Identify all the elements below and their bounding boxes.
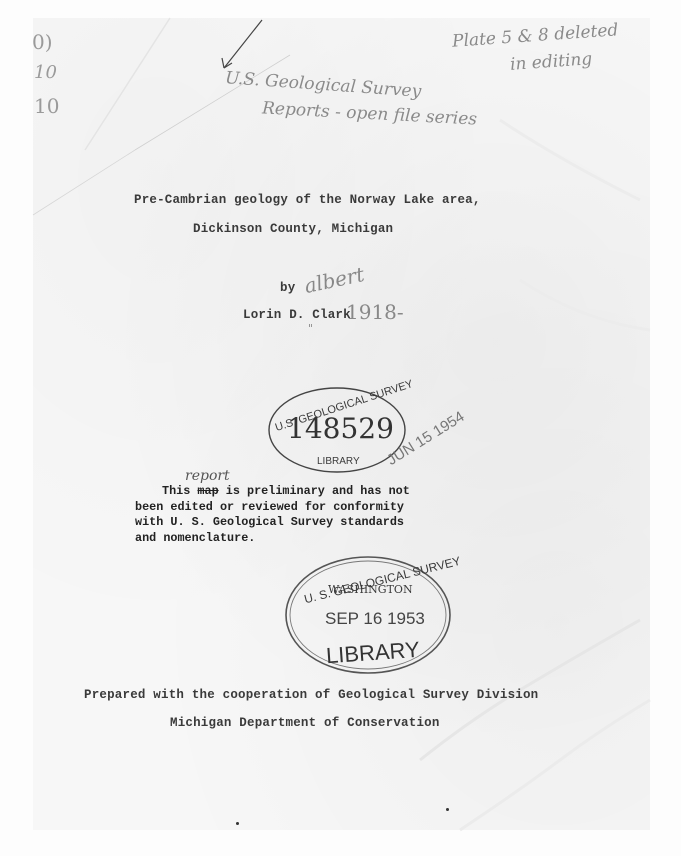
- notice-line-3: with U. S. Geological Survey standards: [135, 515, 410, 531]
- byline-by: by: [280, 281, 295, 295]
- handwritten-birth-year: 1918-: [346, 300, 404, 324]
- library-stamp-date: SEP 16 1953: [325, 609, 425, 629]
- preliminary-notice: This map is preliminary and has not been…: [135, 484, 410, 546]
- handwritten-report-insert: report: [185, 468, 230, 484]
- paper-speck: [236, 822, 239, 825]
- author-name: Lorin D. Clark: [243, 308, 351, 322]
- accession-stamp-bottom: LIBRARY: [317, 456, 360, 467]
- department-line: Michigan Department of Conservation: [170, 716, 440, 730]
- notice-line-1: is preliminary and has not: [226, 484, 410, 498]
- report-title-line-2: Dickinson County, Michigan: [193, 222, 393, 236]
- accession-number: 148529: [287, 412, 394, 445]
- margin-number-2: 10: [34, 62, 57, 83]
- notice-line-4: and nomenclature.: [135, 531, 410, 547]
- margin-number-1: 0): [32, 30, 53, 54]
- notice-struck-word: map: [197, 484, 218, 498]
- cooperation-line: Prepared with the cooperation of Geologi…: [84, 688, 538, 702]
- notice-this: This: [162, 484, 190, 498]
- notice-line-2: been edited or reviewed for conformity: [135, 500, 410, 516]
- paper-speck: [446, 808, 449, 811]
- margin-number-3: 10: [34, 94, 59, 118]
- ditto-mark: ": [308, 322, 313, 335]
- library-stamp-city: WASHINGTON: [328, 583, 413, 596]
- report-title-line-1: Pre-Cambrian geology of the Norway Lake …: [134, 193, 481, 207]
